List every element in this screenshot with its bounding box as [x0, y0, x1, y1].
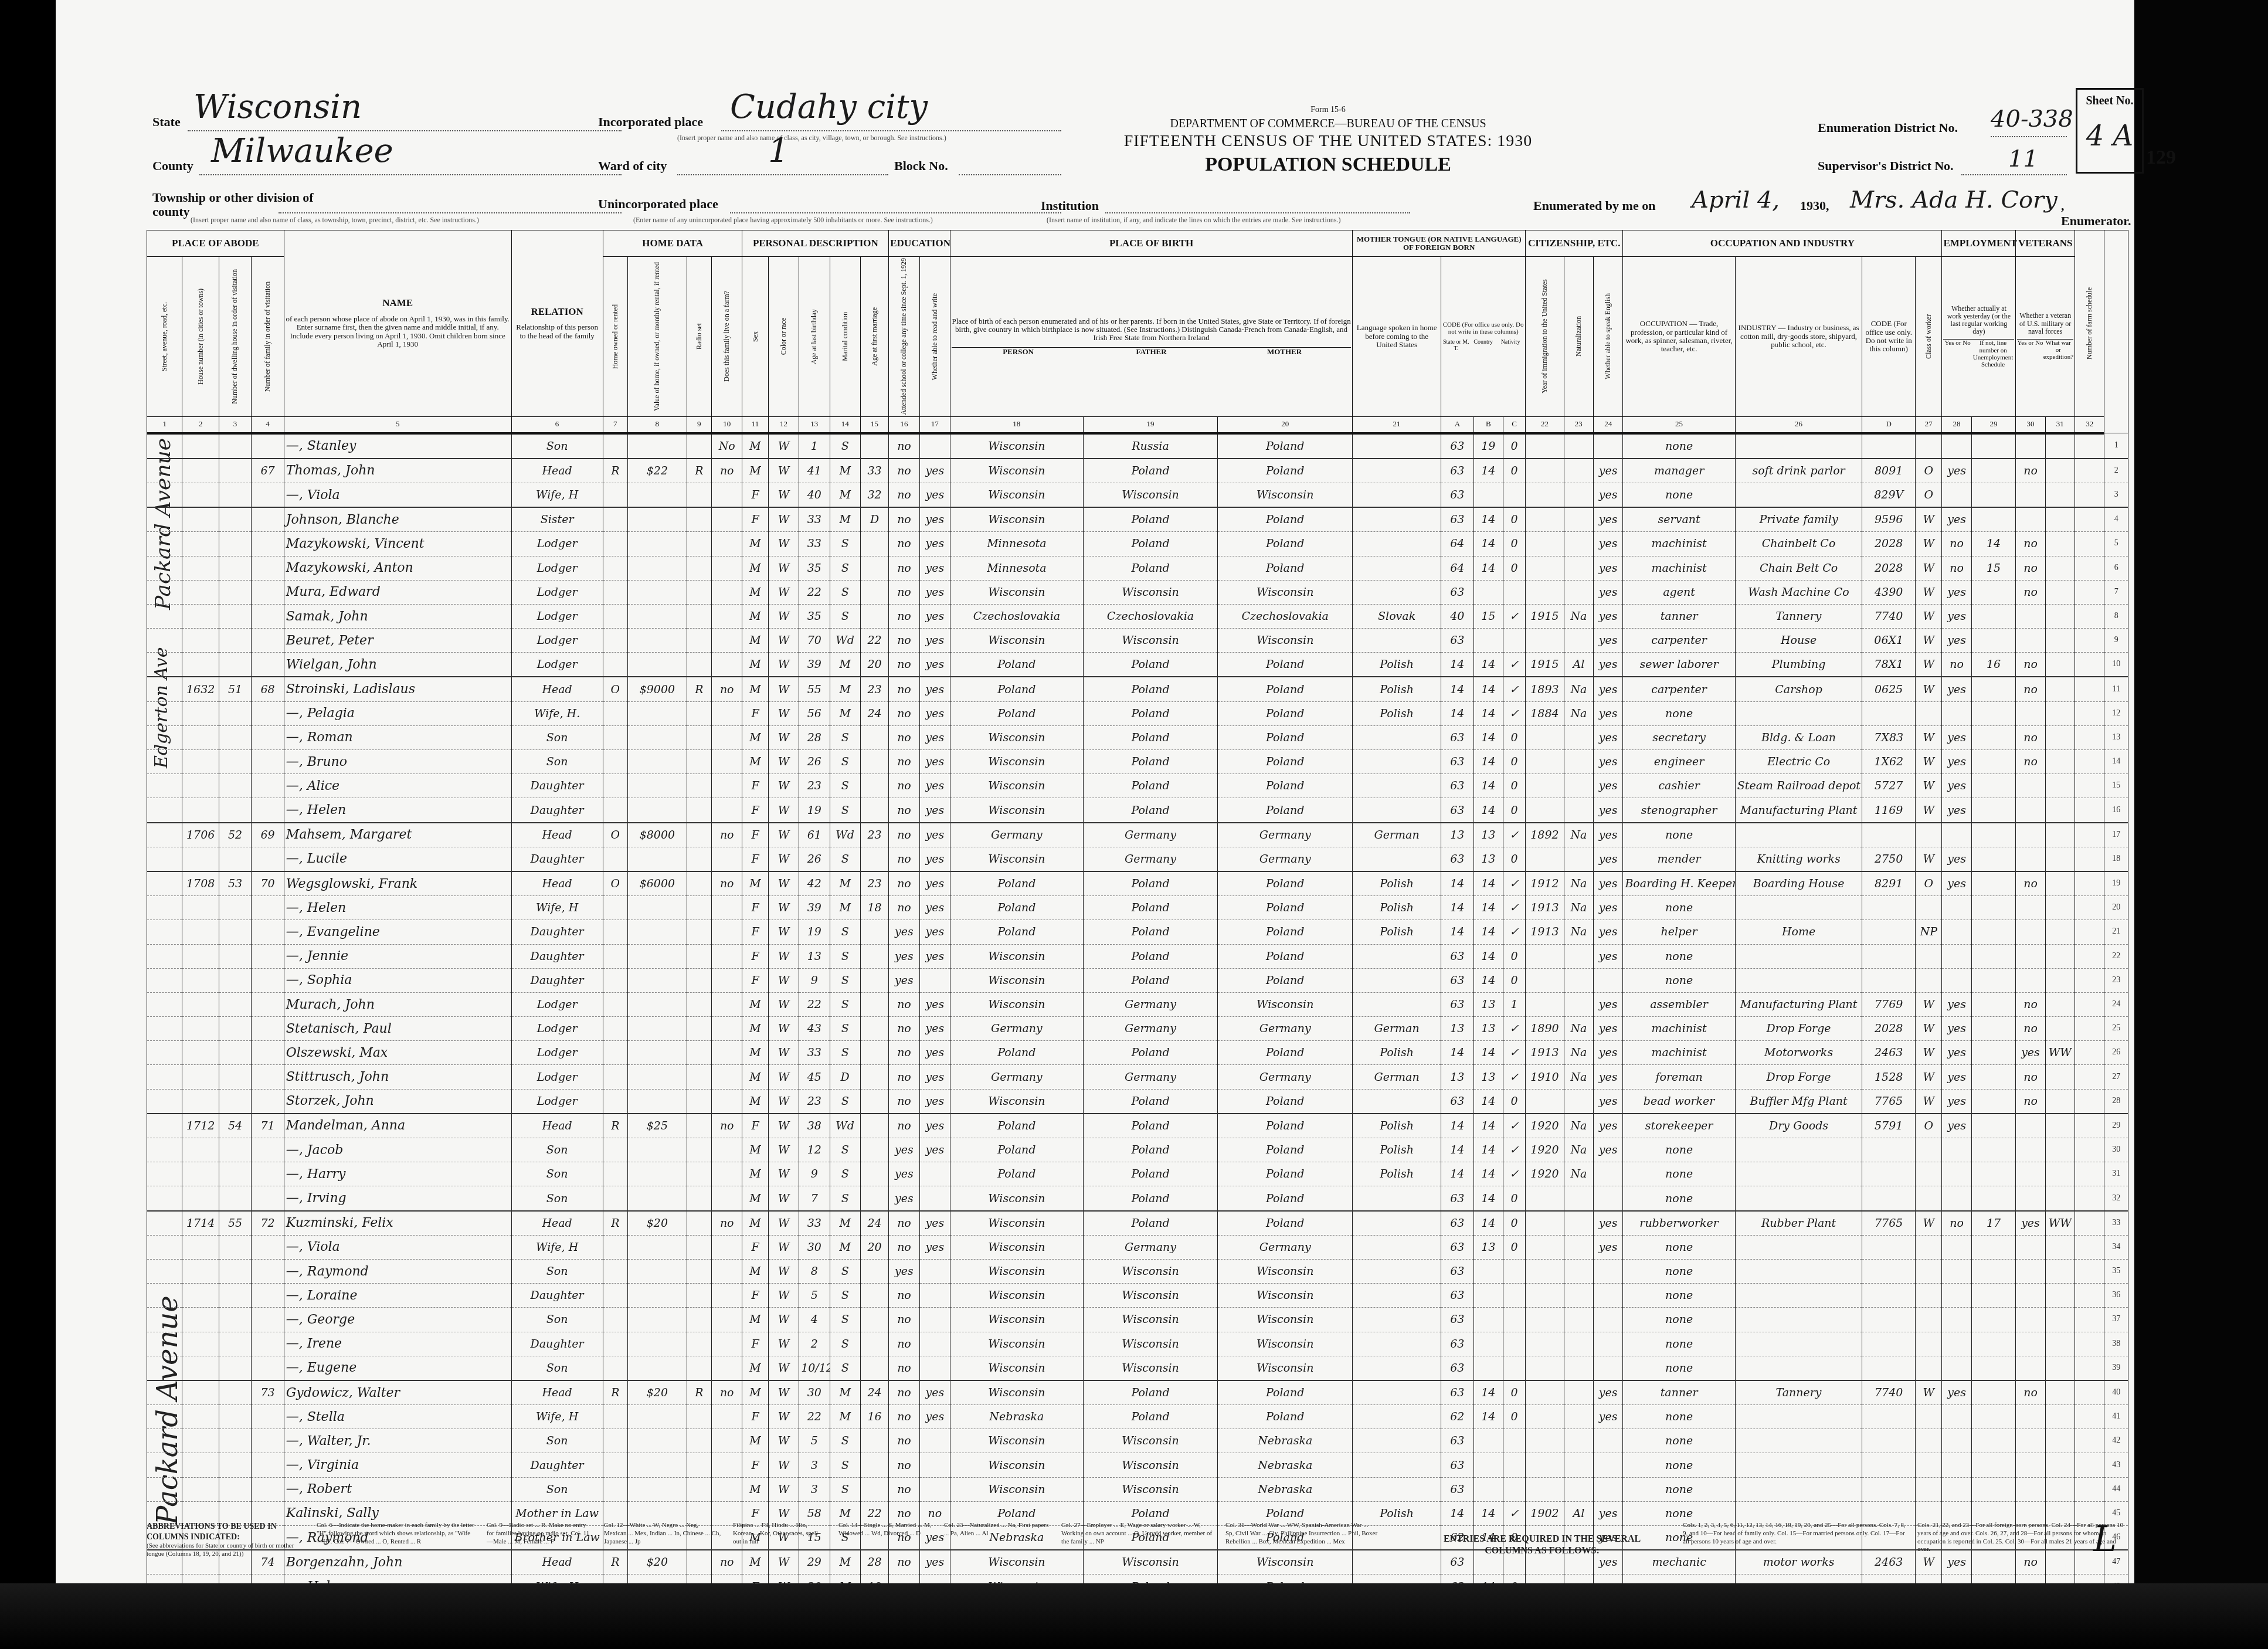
radio-cell	[687, 1259, 711, 1283]
farm-cell	[712, 1089, 742, 1114]
school-cell: no	[889, 629, 919, 653]
marital-cell: M	[830, 483, 860, 507]
township-note: (Insert proper name and also name of cla…	[191, 216, 479, 225]
class-of-worker-cell: W	[1916, 798, 1942, 823]
at-work-cell: yes	[1942, 1380, 1971, 1405]
school-cell: no	[889, 532, 919, 556]
birthplace-person-cell: Poland	[950, 701, 1084, 725]
radio-cell	[687, 580, 711, 604]
birthplace-person-cell: Wisconsin	[950, 944, 1084, 968]
relation-cell: Son	[511, 1259, 603, 1283]
person-name-cell: Mandelman, Anna	[284, 1114, 511, 1138]
house-number-cell	[182, 604, 219, 628]
birthplace-person-cell: Wisconsin	[950, 483, 1084, 507]
age-first-marriage-cell	[860, 1332, 888, 1356]
unemployment-line-cell	[1971, 1041, 2016, 1065]
code-c-cell: ✓	[1503, 653, 1525, 677]
family-number-cell: 69	[252, 823, 284, 847]
farm-cell	[712, 1017, 742, 1041]
farm-cell	[712, 847, 742, 871]
occupation-cell: none	[1623, 1162, 1735, 1186]
age-cell: 39	[799, 896, 830, 920]
birthplace-mother-cell: Wisconsin	[1218, 483, 1353, 507]
immigration-year-cell	[1526, 580, 1564, 604]
code-a-cell: 14	[1441, 1162, 1473, 1186]
code-c-cell	[1503, 1284, 1525, 1308]
birthplace-mother-cell: Wisconsin	[1218, 992, 1353, 1016]
veteran-cell	[2016, 433, 2045, 459]
dwelling-number-cell	[219, 1186, 251, 1211]
marital-cell: M	[830, 677, 860, 701]
person-name-cell: —, Pelagia	[284, 701, 511, 725]
sex-cell: F	[742, 1284, 768, 1308]
birthplace-mother-cell: Poland	[1218, 507, 1353, 532]
farm-cell	[712, 1332, 742, 1356]
family-number-cell	[252, 701, 284, 725]
class-of-worker-cell: W	[1916, 750, 1942, 774]
birthplace-mother-cell: Poland	[1218, 944, 1353, 968]
street-cell	[147, 1186, 182, 1211]
farm-schedule-cell	[2075, 1138, 2104, 1162]
birthplace-person-cell: Germany	[950, 1065, 1084, 1089]
employment-line-number: If not, line number on Unemployment Sche…	[1972, 340, 2015, 368]
home-value-cell	[627, 1138, 687, 1162]
read-write-cell: yes	[919, 1089, 950, 1114]
immigration-year-cell	[1526, 1089, 1564, 1114]
birthplace-mother-cell: Poland	[1218, 798, 1353, 823]
war-cell: WW	[2045, 1211, 2075, 1236]
radio-cell	[687, 556, 711, 580]
occupation-code-cell	[1862, 1429, 1916, 1453]
street-cell	[147, 920, 182, 944]
column-number: 15	[860, 416, 888, 433]
naturalization-cell: Na	[1564, 1162, 1593, 1186]
marital-cell: M	[830, 1380, 860, 1405]
line-number: 27	[2104, 1065, 2128, 1089]
code-c-cell	[1503, 1332, 1525, 1356]
house-number-cell	[182, 992, 219, 1016]
line-number: 22	[2104, 944, 2128, 968]
war-cell	[2045, 992, 2075, 1016]
at-work-cell	[1942, 1235, 1971, 1259]
birthplace-mother-cell: Wisconsin	[1218, 1332, 1353, 1356]
occupation-cell: bead worker	[1623, 1089, 1735, 1114]
occupation-cell: none	[1623, 1356, 1735, 1380]
industry-cell: Rubber Plant	[1735, 1211, 1862, 1236]
family-number-cell	[252, 629, 284, 653]
race-cell: W	[768, 677, 799, 701]
war-cell	[2045, 774, 2075, 798]
sex-cell: F	[742, 483, 768, 507]
farm-schedule-cell	[2075, 847, 2104, 871]
occupation-cell: cashier	[1623, 774, 1735, 798]
column-number: 6	[511, 416, 603, 433]
footer-col12b: Filipino ... Fil, Hindu ... Hin, Korean …	[733, 1522, 827, 1546]
street-cell	[147, 725, 182, 749]
class-of-worker-cell	[1916, 433, 1942, 459]
birthplace-father-cell: Poland	[1083, 677, 1218, 701]
occupation-cell: assembler	[1623, 992, 1735, 1016]
occupation-cell: storekeeper	[1623, 1114, 1735, 1138]
mother-tongue-cell: Polish	[1353, 1114, 1441, 1138]
home-value-cell	[627, 992, 687, 1016]
code-b-cell	[1473, 1429, 1503, 1453]
birthplace-mother-cell: Poland	[1218, 1114, 1353, 1138]
street-cell	[147, 459, 182, 483]
occupation-code-cell: 8091	[1862, 459, 1916, 483]
sex-cell: M	[742, 653, 768, 677]
industry-cell	[1735, 1405, 1862, 1429]
age-first-marriage-cell: 18	[860, 896, 888, 920]
industry-cell	[1735, 483, 1862, 507]
veteran-cell	[2016, 1308, 2045, 1332]
race-cell: W	[768, 1138, 799, 1162]
race-cell: W	[768, 1041, 799, 1065]
farm-cell	[712, 1235, 742, 1259]
person-name-cell: —, Helen	[284, 896, 511, 920]
marital-cell: S	[830, 1259, 860, 1283]
radio-cell	[687, 1429, 711, 1453]
industry-cell	[1735, 1162, 1862, 1186]
dwelling-number-cell	[219, 896, 251, 920]
family-number-cell	[252, 1235, 284, 1259]
class-of-worker-cell: O	[1916, 459, 1942, 483]
farm-cell: no	[712, 677, 742, 701]
dwelling-number-cell	[219, 604, 251, 628]
naturalization-cell	[1564, 1308, 1593, 1332]
class-of-worker-cell: W	[1916, 556, 1942, 580]
sex-cell: F	[742, 1235, 768, 1259]
veteran-cell	[2016, 1332, 2045, 1356]
age-first-marriage-cell	[860, 433, 888, 459]
industry-cell	[1735, 1477, 1862, 1501]
veteran-cell: no	[2016, 653, 2045, 677]
occupation-code-cell	[1862, 823, 1916, 847]
owned-rented-cell	[603, 750, 627, 774]
ed-label: Enumeration District No.	[1818, 120, 1958, 135]
immigration-year-cell	[1526, 798, 1564, 823]
occupation-code-cell: 4390	[1862, 580, 1916, 604]
house-number-cell: 1712	[182, 1114, 219, 1138]
war-cell	[2045, 847, 2075, 871]
sex-cell: F	[742, 847, 768, 871]
house-number-cell	[182, 1429, 219, 1453]
naturalization-cell	[1564, 1405, 1593, 1429]
age-first-marriage-cell	[860, 968, 888, 992]
at-work-cell: yes	[1942, 604, 1971, 628]
code-b-cell: 14	[1473, 1114, 1503, 1138]
sex-cell: M	[742, 677, 768, 701]
war-cell	[2045, 483, 2075, 507]
ed-value: 40-338	[1991, 106, 2073, 133]
at-work-cell	[1942, 701, 1971, 725]
birthplace-father-cell: Germany	[1083, 1235, 1218, 1259]
code-a-cell: 63	[1441, 1308, 1473, 1332]
farm-cell: no	[712, 823, 742, 847]
line-number: 40	[2104, 1380, 2128, 1405]
race-cell: W	[768, 1284, 799, 1308]
age-cell: 40	[799, 483, 830, 507]
table-row: —, IrvingSonMW7SyesWisconsinPolandPoland…	[147, 1186, 2128, 1211]
mother-tongue-cell: German	[1353, 823, 1441, 847]
age-first-marriage-cell	[860, 847, 888, 871]
unemployment-line-cell	[1971, 1453, 2016, 1477]
age-cell: 22	[799, 992, 830, 1016]
at-work-cell	[1942, 823, 1971, 847]
mother-tongue-cell: Polish	[1353, 871, 1441, 896]
column-number: 27	[1916, 416, 1942, 433]
birthplace-mother-cell: Wisconsin	[1218, 1308, 1353, 1332]
unemployment-line-cell	[1971, 1089, 2016, 1114]
farm-cell	[712, 774, 742, 798]
age-first-marriage-cell	[860, 920, 888, 944]
at-work-cell	[1942, 1162, 1971, 1186]
birthplace-person-cell: Wisconsin	[950, 798, 1084, 823]
family-number-cell	[252, 847, 284, 871]
school-cell: no	[889, 580, 919, 604]
home-value-cell	[627, 556, 687, 580]
table-row: 17145572Kuzminski, FelixHeadR$20noMW33M2…	[147, 1211, 2128, 1236]
occupation-code-cell: 7765	[1862, 1211, 1916, 1236]
age-cell: 41	[799, 459, 830, 483]
veteran-cell	[2016, 1138, 2045, 1162]
race-cell: W	[768, 459, 799, 483]
age-first-marriage-cell	[860, 1284, 888, 1308]
block-label: Block No.	[894, 158, 948, 174]
read-write-cell: yes	[919, 604, 950, 628]
age-cell: 22	[799, 1405, 830, 1429]
family-number-cell	[252, 433, 284, 459]
unemployment-line-cell	[1971, 1356, 2016, 1380]
code-b-cell: 14	[1473, 1186, 1503, 1211]
dwelling-number-cell	[219, 798, 251, 823]
dwelling-number-cell	[219, 1356, 251, 1380]
owned-rented-cell: R	[603, 459, 627, 483]
unemployment-line-cell	[1971, 580, 2016, 604]
code-b-cell: 13	[1473, 1235, 1503, 1259]
code-c-cell	[1503, 1453, 1525, 1477]
occupation-code-cell: 2463	[1862, 1041, 1916, 1065]
farm-cell	[712, 920, 742, 944]
enumerator-label: , Enumerator.	[2061, 198, 2134, 229]
age-first-marriage-cell	[860, 580, 888, 604]
industry-cell: Home	[1735, 920, 1862, 944]
veteran-cell	[2016, 701, 2045, 725]
farm-schedule-cell	[2075, 483, 2104, 507]
owned-rented-cell: R	[603, 1380, 627, 1405]
header-home-value: Value of home, if owned, or monthly rent…	[627, 257, 687, 417]
birthplace-person-cell: Minnesota	[950, 556, 1084, 580]
school-header-label: Attended school or college any time sinc…	[900, 258, 908, 415]
birthplace-mother-cell: Germany	[1218, 1065, 1353, 1089]
speak-english-cell: yes	[1594, 604, 1623, 628]
speak-english-cell	[1594, 1259, 1623, 1283]
birthplace-person-cell: Wisconsin	[950, 1259, 1084, 1283]
header-language: Language spoken in home before coming to…	[1353, 257, 1441, 417]
birthplace-person-cell: Wisconsin	[950, 992, 1084, 1016]
speak-english-cell: yes	[1594, 483, 1623, 507]
naturalization-cell	[1564, 1259, 1593, 1283]
war-cell	[2045, 1089, 2075, 1114]
code-c-cell: ✓	[1503, 1138, 1525, 1162]
occupation-cell: tanner	[1623, 1380, 1735, 1405]
race-cell: W	[768, 750, 799, 774]
at-work-cell: yes	[1942, 992, 1971, 1016]
birthplace-person-cell: Poland	[950, 871, 1084, 896]
farm-cell	[712, 944, 742, 968]
read-write-cell: yes	[919, 1065, 950, 1089]
immigration-year-cell	[1526, 1308, 1564, 1332]
home-value-cell	[627, 1186, 687, 1211]
dwelling-number-cell	[219, 532, 251, 556]
war-cell: WW	[2045, 1041, 2075, 1065]
industry-cell: Steam Railroad depot	[1735, 774, 1862, 798]
race-cell: W	[768, 847, 799, 871]
war-cell	[2045, 677, 2075, 701]
line-number: 21	[2104, 920, 2128, 944]
line-number-header	[2104, 230, 2128, 433]
age-cell: 30	[799, 1235, 830, 1259]
speak-english-cell: yes	[1594, 847, 1623, 871]
table-row: —, EvangelineDaughterFW19SyesyesPolandPo…	[147, 920, 2128, 944]
person-name-cell: —, Jacob	[284, 1138, 511, 1162]
radio-cell	[687, 896, 711, 920]
war-cell	[2045, 944, 2075, 968]
sex-cell: F	[742, 1453, 768, 1477]
farm-cell	[712, 653, 742, 677]
code-b-cell: 14	[1473, 896, 1503, 920]
class-of-worker-cell: W	[1916, 1065, 1942, 1089]
code-a-cell: 63	[1441, 1332, 1473, 1356]
relation-cell: Lodger	[511, 653, 603, 677]
at-work-cell: yes	[1942, 847, 1971, 871]
war-cell	[2045, 1356, 2075, 1380]
speak-english-cell: yes	[1594, 507, 1623, 532]
veteran-cell	[2016, 1114, 2045, 1138]
birthplace-person-cell: Wisconsin	[950, 725, 1084, 749]
table-row: —, HarrySonMW9SyesPolandPolandPolandPoli…	[147, 1162, 2128, 1186]
unemployment-line-cell: 16	[1971, 653, 2016, 677]
code-a-cell: 64	[1441, 532, 1473, 556]
occupation-code-cell	[1862, 896, 1916, 920]
speak-english-cell: yes	[1594, 556, 1623, 580]
table-row: —, HelenWife, HFW39M18noyesPolandPolandP…	[147, 896, 2128, 920]
schedule-title: POPULATION SCHEDULE	[1088, 154, 1568, 176]
incorporated-underline	[721, 130, 1061, 131]
sex-cell: M	[742, 433, 768, 459]
marital-cell: M	[830, 896, 860, 920]
unemployment-line-cell	[1971, 896, 2016, 920]
scan-border-left	[0, 0, 56, 1649]
birthplace-mother-cell: Poland	[1218, 701, 1353, 725]
birthplace-person-cell: Poland	[950, 1138, 1084, 1162]
house-number-cell: 1632	[182, 677, 219, 701]
birthplace-person-cell: Wisconsin	[950, 1380, 1084, 1405]
school-cell: no	[889, 798, 919, 823]
at-work-cell	[1942, 1405, 1971, 1429]
dwelling-number-cell	[219, 507, 251, 532]
person-header: PERSON	[952, 348, 1085, 356]
code-c-cell	[1503, 1259, 1525, 1283]
birthplace-person-cell: Germany	[950, 823, 1084, 847]
age-cell: 12	[799, 1138, 830, 1162]
school-cell: no	[889, 507, 919, 532]
birthplace-mother-cell: Poland	[1218, 1162, 1353, 1186]
occupation-code-cell: 2750	[1862, 847, 1916, 871]
table-row: —, RobertSonMW3SnoWisconsinWisconsinNebr…	[147, 1477, 2128, 1501]
line-number: 6	[2104, 556, 2128, 580]
birthplace-person-cell: Poland	[950, 677, 1084, 701]
dwelling-number-cell	[219, 459, 251, 483]
home-value-cell	[627, 433, 687, 459]
read-write-cell: yes	[919, 992, 950, 1016]
war-cell	[2045, 1284, 2075, 1308]
header-farm-schedule: Number of farm schedule	[2075, 230, 2104, 417]
person-name-cell: Johnson, Blanche	[284, 507, 511, 532]
read-write-cell: yes	[919, 725, 950, 749]
code-c-cell: ✓	[1503, 1017, 1525, 1041]
age-first-marriage-cell: 24	[860, 1380, 888, 1405]
corner-check-mark: L	[2093, 1519, 2117, 1560]
house-number-cell	[182, 653, 219, 677]
birthplace-father-cell: Poland	[1083, 774, 1218, 798]
age-cell: 1	[799, 433, 830, 459]
code-a-cell: 14	[1441, 701, 1473, 725]
race-cell: W	[768, 992, 799, 1016]
street-header-label: Street, avenue, road, etc.	[161, 302, 168, 371]
home-value-cell	[627, 580, 687, 604]
read-write-cell: yes	[919, 701, 950, 725]
age-first-marriage-cell: 16	[860, 1405, 888, 1429]
class-of-worker-cell: W	[1916, 653, 1942, 677]
line-number: 35	[2104, 1259, 2128, 1283]
code-a-cell: 63	[1441, 798, 1473, 823]
occupation-cell: foreman	[1623, 1065, 1735, 1089]
relation-cell: Lodger	[511, 629, 603, 653]
race-cell: W	[768, 1186, 799, 1211]
at-work-cell: yes	[1942, 1114, 1971, 1138]
person-name-cell: —, Walter, Jr.	[284, 1429, 511, 1453]
table-row: Mura, EdwardLodgerMW22SnoyesWisconsinWis…	[147, 580, 2128, 604]
birthplace-person-cell: Czechoslovakia	[950, 604, 1084, 628]
column-number: 30	[2016, 416, 2045, 433]
dwelling-number-cell	[219, 1380, 251, 1405]
marital-cell: S	[830, 774, 860, 798]
occupation-code-cell	[1862, 1162, 1916, 1186]
war-cell	[2045, 1332, 2075, 1356]
code-b-label: Country	[1470, 339, 1497, 352]
speak-english-cell: yes	[1594, 532, 1623, 556]
owned-rented-cell	[603, 701, 627, 725]
immigration-year-cell	[1526, 725, 1564, 749]
mother-tongue-cell	[1353, 992, 1441, 1016]
occupation-cell: machinist	[1623, 532, 1735, 556]
occupation-code-cell: 1528	[1862, 1065, 1916, 1089]
read-write-cell	[919, 968, 950, 992]
line-number: 41	[2104, 1405, 2128, 1429]
industry-cell	[1735, 1186, 1862, 1211]
relation-cell: Son	[511, 725, 603, 749]
radio-cell	[687, 871, 711, 896]
birthplace-mother-cell: Wisconsin	[1218, 580, 1353, 604]
speak-english-cell: yes	[1594, 823, 1623, 847]
owned-rented-cell: R	[603, 1114, 627, 1138]
sex-cell: M	[742, 629, 768, 653]
employment-note: Whether actually at work yesterday (or t…	[1943, 305, 2014, 336]
sex-cell: F	[742, 1114, 768, 1138]
table-row: Stittrusch, JohnLodgerMW45DnoyesGermanyG…	[147, 1065, 2128, 1089]
farm-schedule-cell	[2075, 944, 2104, 968]
